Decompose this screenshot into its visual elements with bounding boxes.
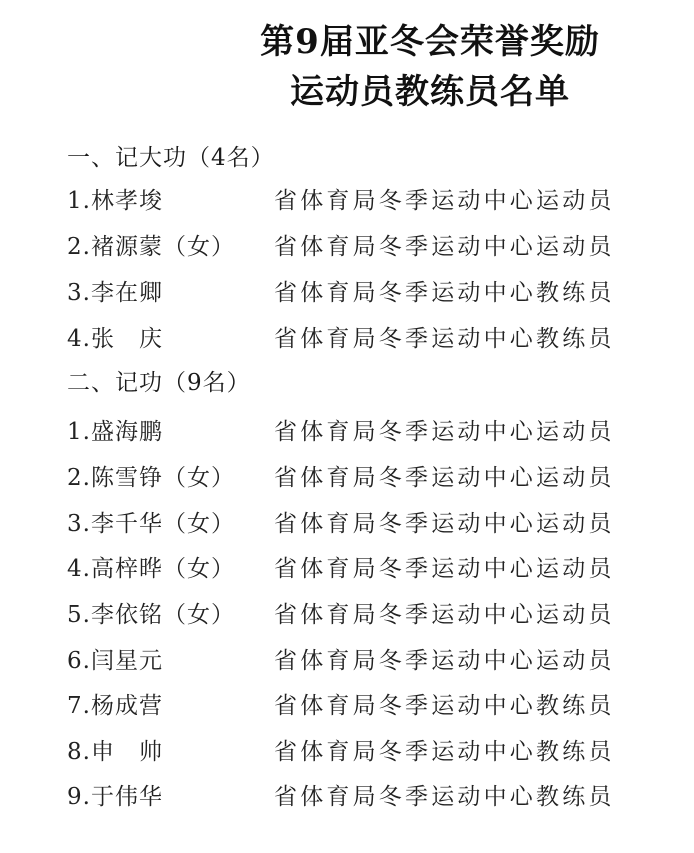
list-item: 6.闫星元 省体育局冬季运动中心运动员: [67, 646, 627, 676]
entry-unit: 省体育局冬季运动中心运动员: [274, 509, 615, 539]
entry-unit: 省体育局冬季运动中心运动员: [274, 646, 615, 676]
list-item: 8.申 帅 省体育局冬季运动中心教练员: [67, 737, 627, 767]
entry-name: 5.李依铭（女）: [67, 600, 235, 630]
list-item: 3.李在卿 省体育局冬季运动中心教练员: [67, 278, 627, 308]
section-heading-merit: 二、记功（9名）: [67, 369, 251, 397]
entry-name: 2.陈雪铮（女）: [67, 463, 235, 493]
entry-unit: 省体育局冬季运动中心教练员: [274, 691, 615, 721]
entry-unit: 省体育局冬季运动中心运动员: [274, 600, 615, 630]
list-item: 3.李千华（女） 省体育局冬季运动中心运动员: [67, 509, 627, 539]
entry-name: 9.于伟华: [67, 782, 163, 812]
entry-name: 7.杨成营: [67, 691, 163, 721]
entry-unit: 省体育局冬季运动中心教练员: [274, 324, 615, 354]
document-title-line1: 第9届亚冬会荣誉奖励: [230, 22, 630, 62]
entry-name: 3.李千华（女）: [67, 509, 235, 539]
list-item: 4.张 庆 省体育局冬季运动中心教练员: [67, 324, 627, 354]
list-item: 2.褚源蒙（女） 省体育局冬季运动中心运动员: [67, 232, 627, 262]
entry-unit: 省体育局冬季运动中心运动员: [274, 417, 615, 447]
entry-name: 4.高梓晔（女）: [67, 554, 235, 584]
list-item: 4.高梓晔（女） 省体育局冬季运动中心运动员: [67, 554, 627, 584]
entry-unit: 省体育局冬季运动中心运动员: [274, 463, 615, 493]
entry-unit: 省体育局冬季运动中心运动员: [274, 186, 615, 216]
entry-name: 6.闫星元: [67, 646, 163, 676]
entry-unit: 省体育局冬季运动中心运动员: [274, 232, 615, 262]
section-heading-major-merit: 一、记大功（4名）: [67, 144, 275, 172]
entry-name: 4.张 庆: [67, 324, 163, 354]
entry-unit: 省体育局冬季运动中心教练员: [274, 278, 615, 308]
document-title-line2: 运动员教练员名单: [230, 72, 630, 112]
list-item: 9.于伟华 省体育局冬季运动中心教练员: [67, 782, 627, 812]
document-page: 第9届亚冬会荣誉奖励 运动员教练员名单 一、记大功（4名） 1.林孝埈 省体育局…: [0, 0, 694, 853]
entry-unit: 省体育局冬季运动中心运动员: [274, 554, 615, 584]
entry-unit: 省体育局冬季运动中心教练员: [274, 737, 615, 767]
list-item: 1.林孝埈 省体育局冬季运动中心运动员: [67, 186, 627, 216]
list-item: 1.盛海鹏 省体育局冬季运动中心运动员: [67, 417, 627, 447]
entry-unit: 省体育局冬季运动中心教练员: [274, 782, 615, 812]
list-item: 5.李依铭（女） 省体育局冬季运动中心运动员: [67, 600, 627, 630]
entry-name: 1.林孝埈: [67, 186, 163, 216]
entry-name: 1.盛海鹏: [67, 417, 163, 447]
entry-name: 2.褚源蒙（女）: [67, 232, 235, 262]
entry-name: 3.李在卿: [67, 278, 163, 308]
entry-name: 8.申 帅: [67, 737, 163, 767]
list-item: 7.杨成营 省体育局冬季运动中心教练员: [67, 691, 627, 721]
list-item: 2.陈雪铮（女） 省体育局冬季运动中心运动员: [67, 463, 627, 493]
